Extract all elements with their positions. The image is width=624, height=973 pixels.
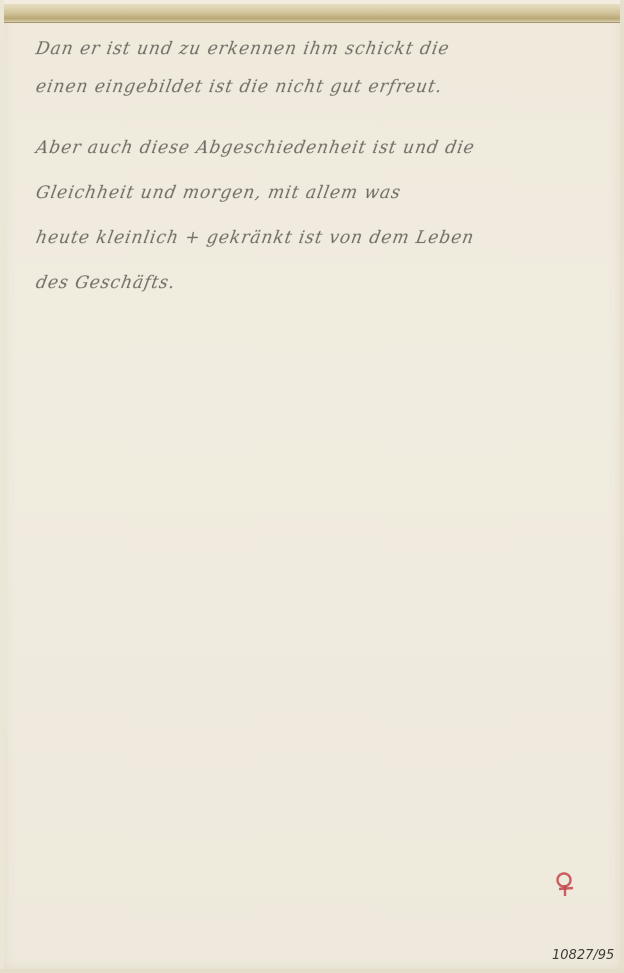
text-line: einen eingebildet ist die nicht gut erfr… [33,68,580,106]
handwritten-text: Dan er ist und zu erkennen ihm schickt d… [36,30,576,306]
text-line: des Geschäfts. [32,261,580,306]
binding-top-edge [4,0,620,4]
red-crayon-mark-icon [553,870,577,898]
paragraph-1: Dan er ist und zu erkennen ihm schickt d… [36,30,576,106]
manuscript-page: Dan er ist und zu erkennen ihm schickt d… [4,0,620,969]
paragraph-2: Aber auch diese Abgeschiedenheit ist und… [36,126,576,306]
text-line: heute kleinlich + gekränkt ist von dem L… [32,216,580,261]
text-line: Dan er ist und zu erkennen ihm schickt d… [33,30,580,68]
page-edge-bottom [0,969,624,973]
text-line: Aber auch diese Abgeschiedenheit ist und… [32,126,580,171]
page-edge-right [620,0,624,973]
archive-number: 10827/95 [552,948,614,963]
text-line: Gleichheit und morgen, mit allem was [32,171,580,216]
